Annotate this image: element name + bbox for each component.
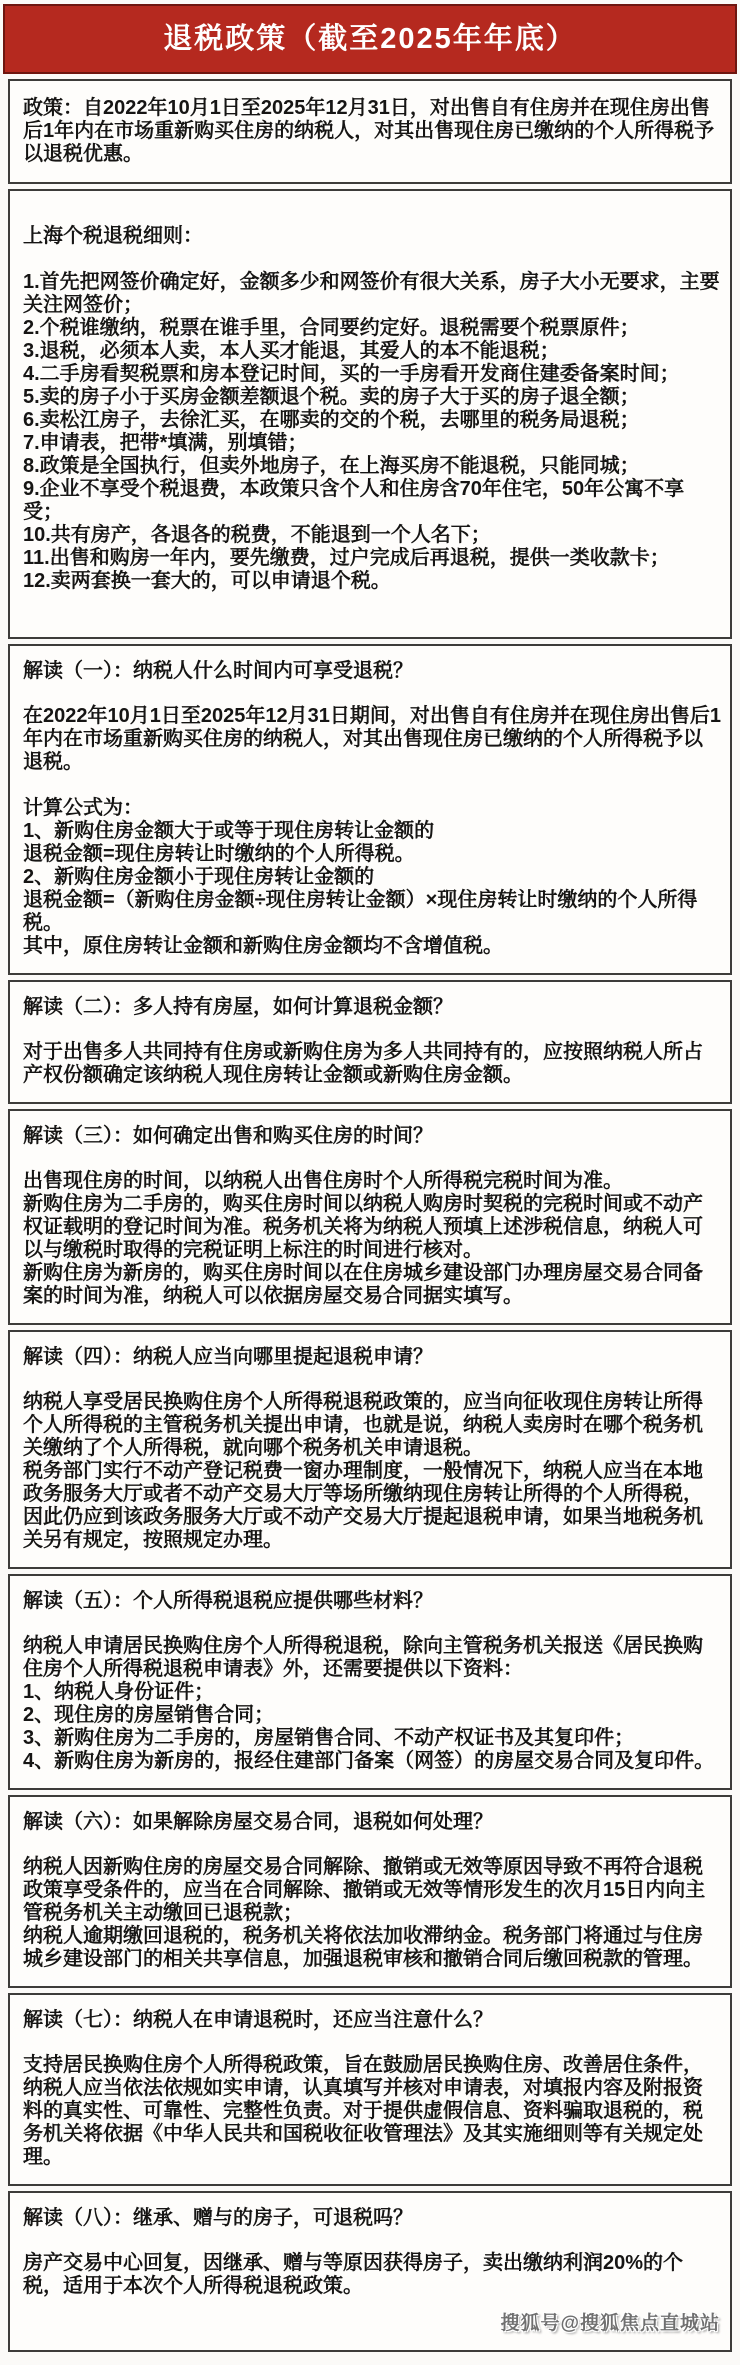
interpretation-heading: 解读（三）：如何确定出售和购买住房的时间？ [23,1125,722,1148]
formula-block: 计算公式为： 1、新购住房金额大于或等于现住房转让金额的 退税金额=现住房转让时… [23,797,722,958]
formula-intro: 计算公式为： [23,797,722,820]
text-block: 在2022年10月1日至2025年12月31日期间，对出售自有住房并在现住房出售… [23,705,722,774]
formula-result-2: 退税金额=（新购住房金额÷现住房转让金额）×现住房转让时缴纳的个人所得税。 [23,889,722,935]
interpretation-heading: 解读（五）：个人所得税退税应提供哪些材料？ [23,1590,722,1613]
rule-item: 9.企业不享受个税退费，本政策只含个人和住房含70年住宅，50年公寓不享受； [23,478,722,524]
section-shanghai-rules: 上海个税退税细则： 1.首先把网签价确定好，金额多少和网签价有很大关系，房子大小… [8,189,732,639]
section-interpretation-7: 解读（七）：纳税人在申请退税时，还应当注意什么？ 支持居民换购住房个人所得税政策… [8,1993,732,2186]
paragraph: 在2022年10月1日至2025年12月31日期间，对出售自有住房并在现住房出售… [23,705,722,774]
rule-item: 11.出售和购房一年内，要先缴费，过户完成后再退税，提供一类收款卡； [23,547,722,570]
interpretation-body: 纳税人因新购住房的房屋交易合同解除、撤销或无效等原因导致不再符合退税政策享受条件… [23,1856,722,1971]
interpretation-body: 对于出售多人共同持有住房或新购住房为多人共同持有的，应按照纳税人所占产权份额确定… [23,1041,722,1087]
section-interpretation-1: 解读（一）：纳税人什么时间内可享受退税？ 在2022年10月1日至2025年12… [8,644,732,975]
rule-item: 3.退税，必须本人卖，本人买才能退，其爱人的本不能退税； [23,340,722,363]
paragraph: 纳税人申请居民换购住房个人所得税退税，除向主管税务机关报送《居民换购住房个人所得… [23,1635,722,1681]
rule-item: 5.卖的房子小于买房金额差额退个税。卖的房子大于买的房子退全额； [23,386,722,409]
interpretation-heading: 解读（二）：多人持有房屋，如何计算退税金额？ [23,996,722,1019]
paragraph: 新购住房为新房的，购买住房时间以在住房城乡建设部门办理房屋交易合同备案的时间为准… [23,1262,722,1308]
text-block: 纳税人享受居民换购住房个人所得税退税政策的，应当向征收现住房转让所得个人所得税的… [23,1391,722,1552]
document-page: 退税政策（截至2025年年底） 政策：自2022年10月1日至2025年12月3… [0,0,740,2365]
text-block: 出售现住房的时间，以纳税人出售住房时个人所得税完税时间为准。 新购住房为二手房的… [23,1170,722,1308]
interpretation-heading: 解读（四）：纳税人应当向哪里提起退税申请？ [23,1346,722,1369]
formula-result-1: 退税金额=现住房转让时缴纳的个人所得税。 [23,843,722,866]
section-policy: 政策：自2022年10月1日至2025年12月31日，对出售自有住房并在现住房出… [8,79,732,184]
interpretation-body: 出售现住房的时间，以纳税人出售住房时个人所得税完税时间为准。 新购住房为二手房的… [23,1170,722,1308]
rule-item: 1.首先把网签价确定好，金额多少和网签价有很大关系，房子大小无要求，主要关注网签… [23,271,722,317]
interpretation-body: 在2022年10月1日至2025年12月31日期间，对出售自有住房并在现住房出售… [23,705,722,958]
interpretation-heading: 解读（六）：如果解除房屋交易合同，退税如何处理？ [23,1811,722,1834]
rule-item: 6.卖松江房子，去徐汇买，在哪卖的交的个税，去哪里的税务局退税； [23,409,722,432]
section-interpretation-6: 解读（六）：如果解除房屋交易合同，退税如何处理？ 纳税人因新购住房的房屋交易合同… [8,1795,732,1988]
paragraph: 纳税人逾期缴回退税的，税务机关将依法加收滞纳金。税务部门将通过与住房城乡建设部门… [23,1925,722,1971]
formula-case-2: 2、新购住房金额小于现住房转让金额的 [23,866,722,889]
section-interpretation-2: 解读（二）：多人持有房屋，如何计算退税金额？ 对于出售多人共同持有住房或新购住房… [8,980,732,1104]
page-title: 退税政策（截至2025年年底） [3,4,737,74]
interpretation-body: 纳税人申请居民换购住房个人所得税退税，除向主管税务机关报送《居民换购住房个人所得… [23,1635,722,1773]
paragraph: 税务部门实行不动产登记税费一窗办理制度，一般情况下，纳税人应当在本地政务服务大厅… [23,1460,722,1552]
rules-heading: 上海个税退税细则： [23,225,722,248]
formula-note: 其中，原住房转让金额和新购住房金额均不含增值税。 [23,935,722,958]
rule-item: 4.二手房看契税票和房本登记时间，买的一手房看开发商住建委备案时间； [23,363,722,386]
rule-item: 10.共有房产，各退各的税费，不能退到一个人名下； [23,524,722,547]
rule-item: 2.个税谁缴纳，税票在谁手里，合同要约定好。退税需要个税票原件； [23,317,722,340]
paragraph: 出售现住房的时间，以纳税人出售住房时个人所得税完税时间为准。 [23,1170,722,1193]
material-item: 4、新购住房为新房的，报经住建部门备案（网签）的房屋交易合同及复印件。 [23,1750,722,1773]
text-block: 对于出售多人共同持有住房或新购住房为多人共同持有的，应按照纳税人所占产权份额确定… [23,1041,722,1087]
material-item: 3、新购住房为二手房的，房屋销售合同、不动产权证书及其复印件； [23,1727,722,1750]
material-item: 2、现住房的房屋销售合同； [23,1704,722,1727]
paragraph: 支持居民换购住房个人所得税政策，旨在鼓励居民换购住房、改善居住条件，纳税人应当依… [23,2054,722,2169]
policy-text: 政策：自2022年10月1日至2025年12月31日，对出售自有住房并在现住房出… [23,97,722,166]
paragraph: 纳税人享受居民换购住房个人所得税退税政策的，应当向征收现住房转让所得个人所得税的… [23,1391,722,1460]
section-interpretation-5: 解读（五）：个人所得税退税应提供哪些材料？ 纳税人申请居民换购住房个人所得税退税… [8,1574,732,1790]
paragraph: 纳税人因新购住房的房屋交易合同解除、撤销或无效等原因导致不再符合退税政策享受条件… [23,1856,722,1925]
interpretation-body: 支持居民换购住房个人所得税政策，旨在鼓励居民换购住房、改善居住条件，纳税人应当依… [23,2054,722,2169]
interpretation-heading: 解读（一）：纳税人什么时间内可享受退税？ [23,660,722,683]
formula-case-1: 1、新购住房金额大于或等于现住房转让金额的 [23,820,722,843]
text-block: 纳税人申请居民换购住房个人所得税退税，除向主管税务机关报送《居民换购住房个人所得… [23,1635,722,1773]
interpretation-heading: 解读（八）：继承、赠与的房子，可退税吗？ [23,2207,722,2230]
rules-list: 1.首先把网签价确定好，金额多少和网签价有很大关系，房子大小无要求，主要关注网签… [23,271,722,593]
paragraph: 房产交易中心回复，因继承、赠与等原因获得房子，卖出缴纳利润20%的个税，适用于本… [23,2252,722,2298]
text-block: 房产交易中心回复，因继承、赠与等原因获得房子，卖出缴纳利润20%的个税，适用于本… [23,2252,722,2298]
paragraph: 对于出售多人共同持有住房或新购住房为多人共同持有的，应按照纳税人所占产权份额确定… [23,1041,722,1087]
interpretation-body: 房产交易中心回复，因继承、赠与等原因获得房子，卖出缴纳利润20%的个税，适用于本… [23,2252,722,2298]
material-item: 1、纳税人身份证件； [23,1681,722,1704]
text-block: 纳税人因新购住房的房屋交易合同解除、撤销或无效等原因导致不再符合退税政策享受条件… [23,1856,722,1971]
text-block: 支持居民换购住房个人所得税政策，旨在鼓励居民换购住房、改善居住条件，纳税人应当依… [23,2054,722,2169]
interpretation-heading: 解读（七）：纳税人在申请退税时，还应当注意什么？ [23,2009,722,2032]
section-interpretation-3: 解读（三）：如何确定出售和购买住房的时间？ 出售现住房的时间，以纳税人出售住房时… [8,1109,732,1325]
paragraph: 新购住房为二手房的，购买住房时间以纳税人购房时契税的完税时间或不动产权证载明的登… [23,1193,722,1262]
rule-item: 7.申请表，把带*填满，别填错； [23,432,722,455]
rule-item: 8.政策是全国执行，但卖外地房子，在上海买房不能退税，只能同城； [23,455,722,478]
rule-item: 12.卖两套换一套大的，可以申请退个税。 [23,570,722,593]
section-interpretation-4: 解读（四）：纳税人应当向哪里提起退税申请？ 纳税人享受居民换购住房个人所得税退税… [8,1330,732,1569]
interpretation-body: 纳税人享受居民换购住房个人所得税退税政策的，应当向征收现住房转让所得个人所得税的… [23,1391,722,1552]
section-interpretation-8: 解读（八）：继承、赠与的房子，可退税吗？ 房产交易中心回复，因继承、赠与等原因获… [8,2191,732,2352]
watermark: 搜狐号@搜狐焦点直城站 [23,2312,722,2335]
